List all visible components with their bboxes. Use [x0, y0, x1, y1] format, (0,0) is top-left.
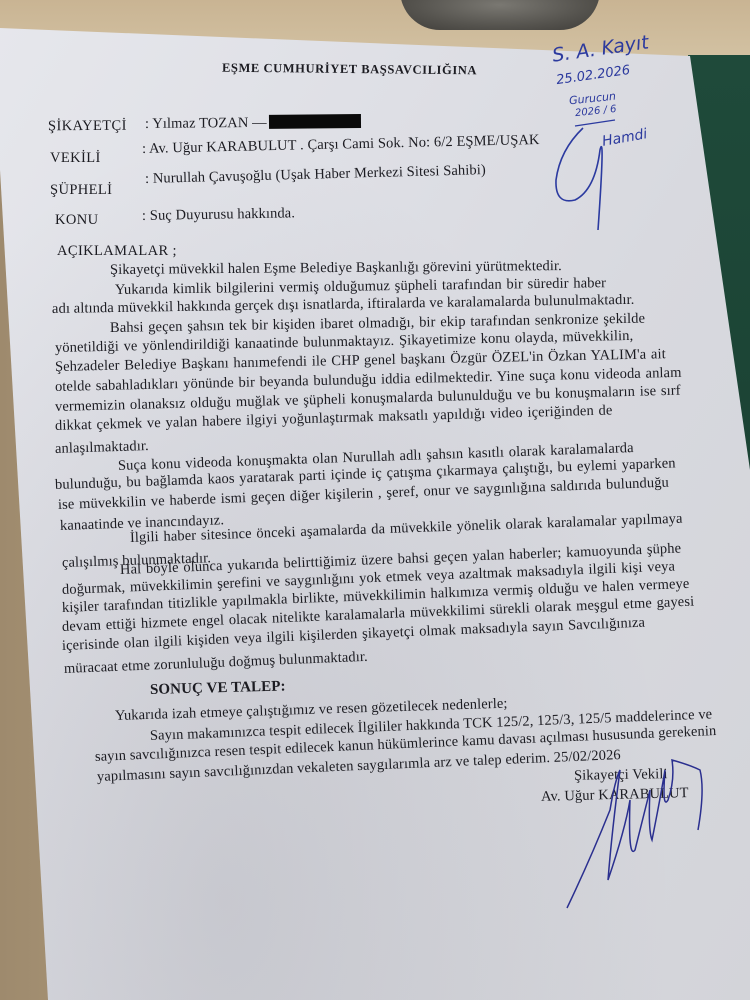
result-heading: SONUÇ VE TALEP:: [150, 678, 286, 699]
signature-role: Şikayetçi Vekili: [574, 766, 668, 785]
complainant-name: : Yılmaz TOZAN —: [145, 115, 267, 132]
document: EŞME CUMHURİYET BAŞSAVCILIĞINA ŞİKAYETÇİ…: [0, 0, 750, 1000]
document-title: EŞME CUMHURİYET BAŞSAVCILIĞINA: [222, 61, 477, 79]
signature-name: Av. Uğur KARABULUT: [541, 785, 689, 806]
party-value-subject: : Suç Duyurusu hakkında.: [142, 205, 295, 225]
party-label-subject: KONU: [55, 212, 99, 229]
explanations-heading: AÇIKLAMALAR ;: [57, 243, 177, 260]
party-label-complainant: ŞİKAYETÇİ: [48, 118, 127, 136]
handwritten-registry: S. A. Kayıt: [551, 31, 650, 66]
party-value-attorney: : Av. Uğur KARABULUT . Çarşı Cami Sok. N…: [142, 132, 540, 158]
body-line: anlaşılmaktadır.: [55, 438, 149, 458]
party-label-attorney: VEKİLİ: [50, 150, 101, 167]
handwritten-initial: Hamdi: [601, 126, 649, 150]
party-value-suspect: : Nurullah Çavuşoğlu (Uşak Haber Merkezi…: [145, 162, 486, 188]
party-value-complainant: : Yılmaz TOZAN —: [145, 114, 361, 133]
handwritten-date: 25.02.2026: [555, 63, 631, 88]
body-line: müracaat etme zorunluluğu doğmuş bulunma…: [64, 649, 368, 678]
party-label-suspect: ŞÜPHELİ: [50, 182, 112, 199]
redaction-bar: [269, 114, 361, 129]
